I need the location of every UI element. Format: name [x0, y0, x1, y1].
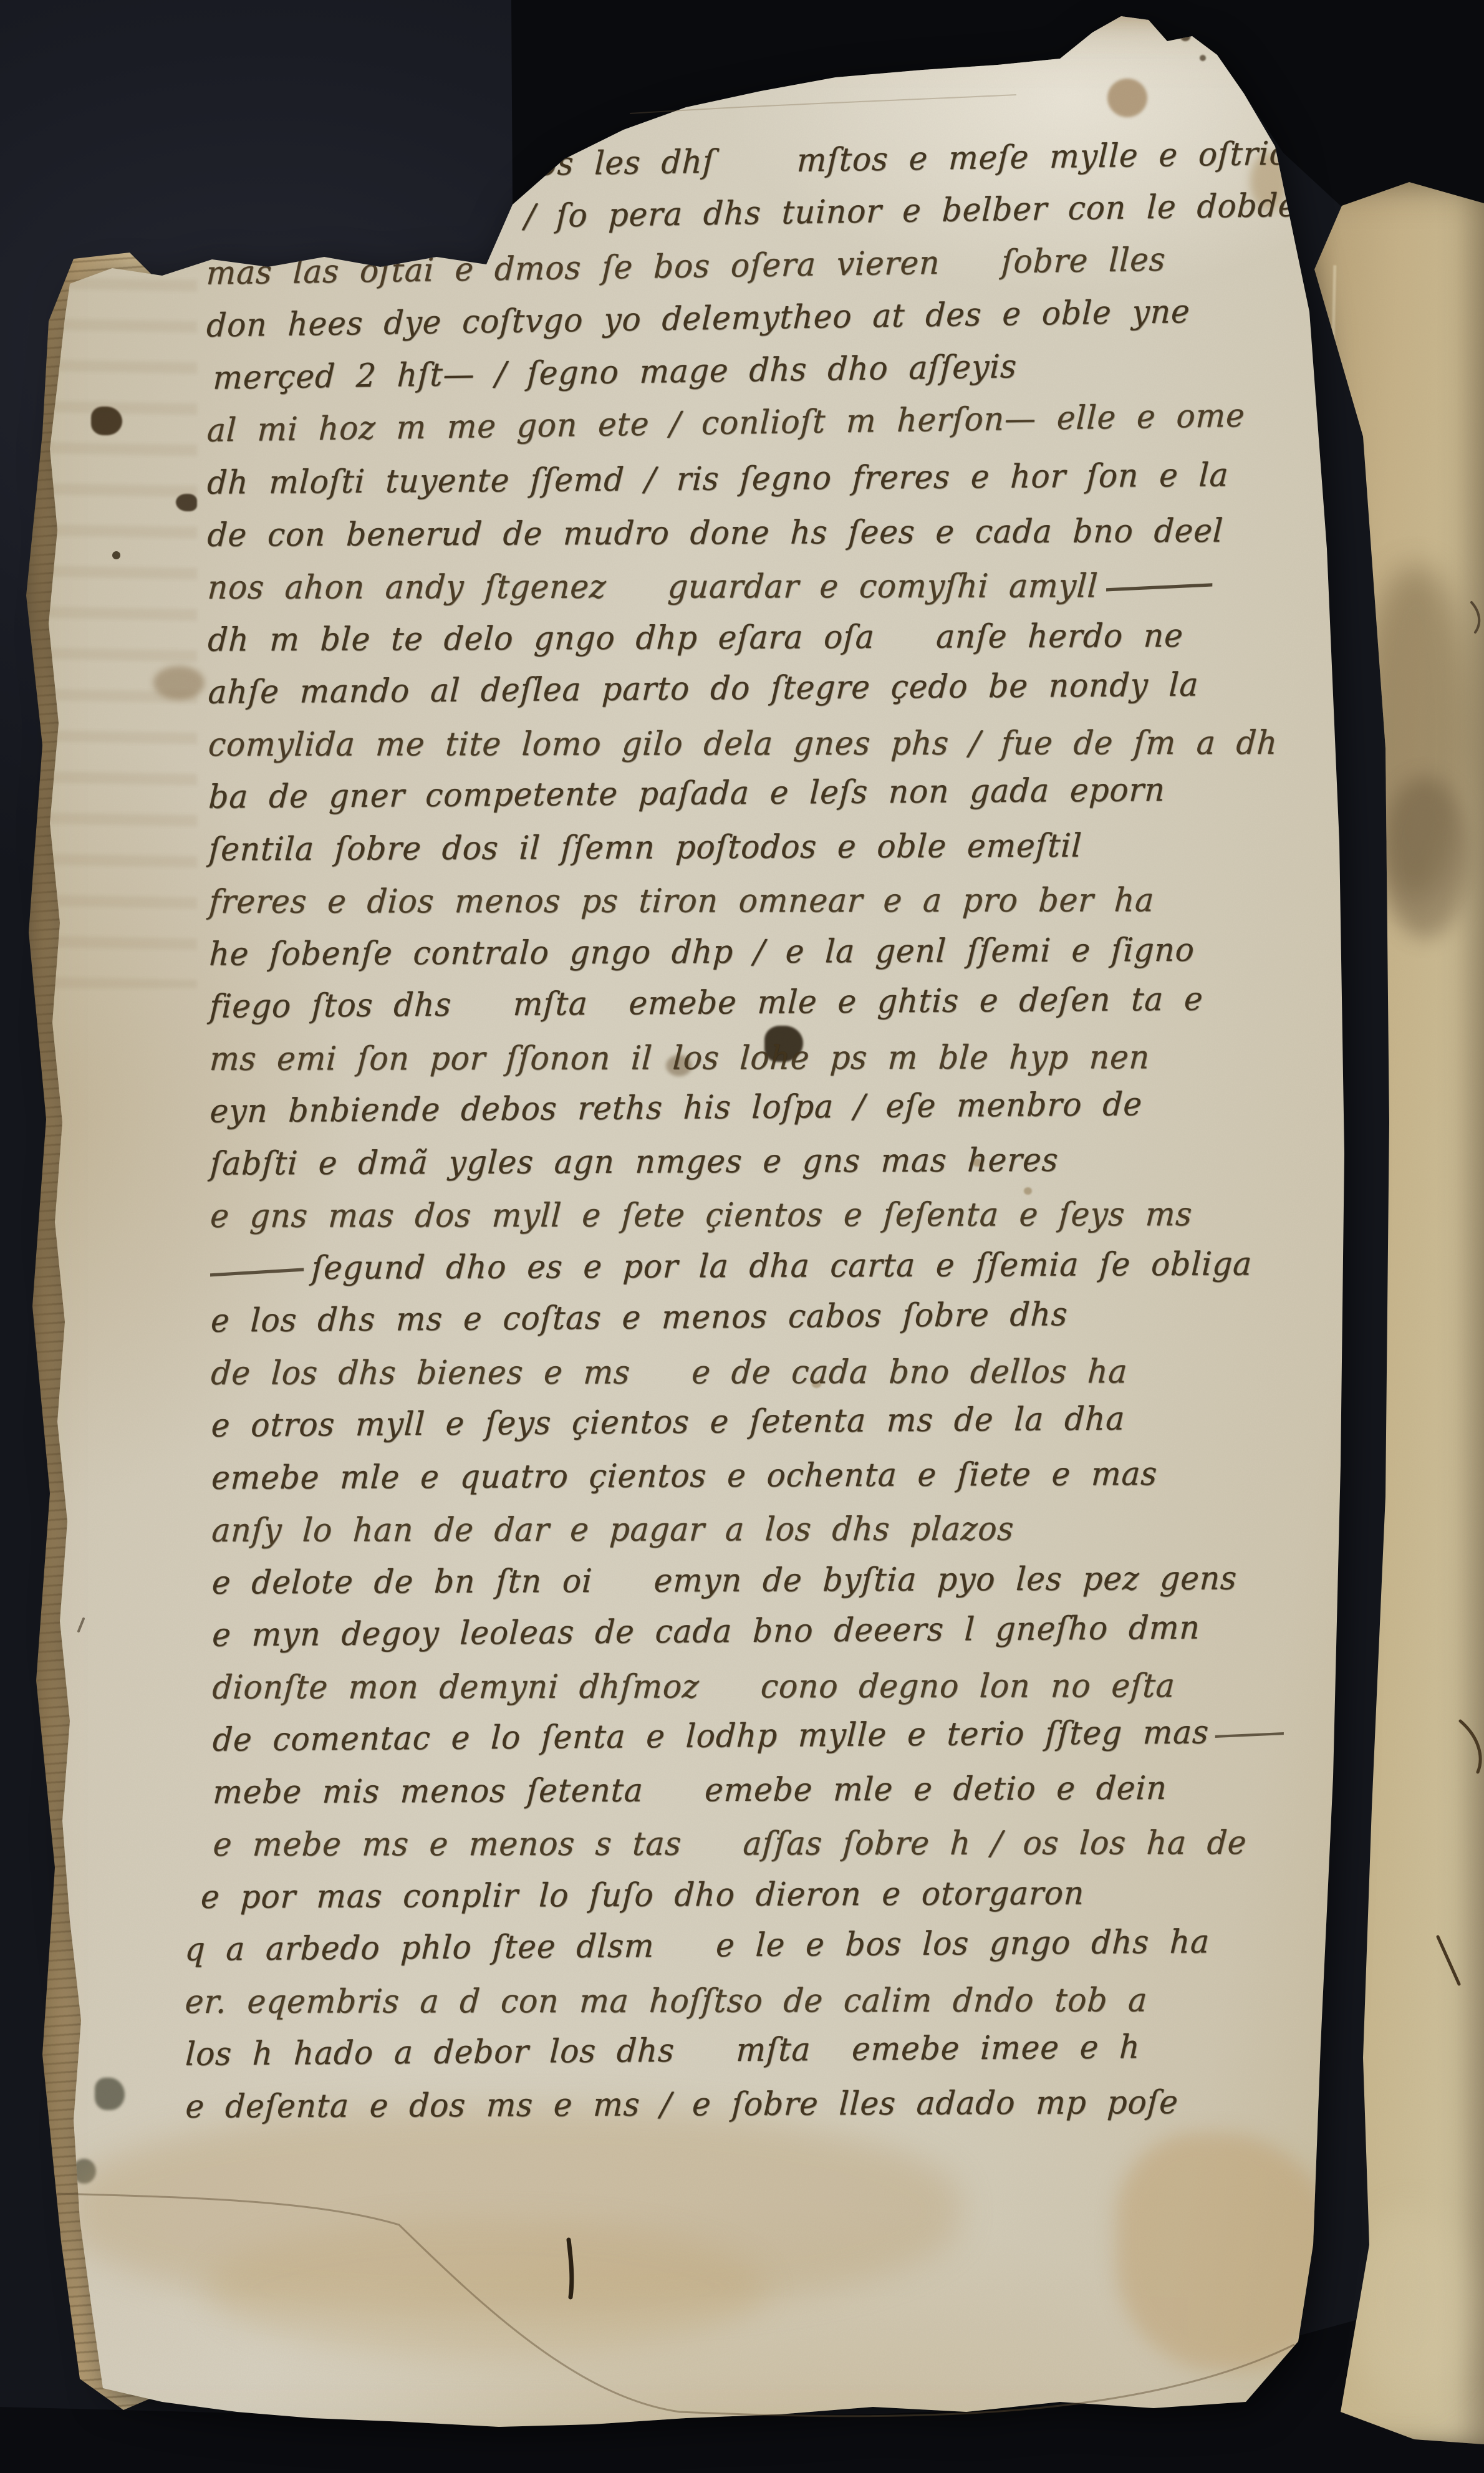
manuscript-line: dh mloſti tuyente ſſemd / ris ſegno frer… — [206, 446, 1356, 509]
bottom-right-water-stain — [1116, 2133, 1341, 2369]
edge-speck — [1180, 32, 1190, 41]
manuscript-line: mebe mis menos ſetenta emebe mle e detio… — [211, 1760, 1361, 1819]
manuscript-line: q a arbedo phlo ſtee dlsm e le e bos los… — [184, 1913, 1362, 1977]
manuscript-line: emebe mle e quatro çientos e ochenta e ſ… — [210, 1445, 1360, 1505]
manuscript-line: e deſenta e dos ms e ms / e ſobre lles a… — [185, 2074, 1363, 2134]
tan-smudge-stain — [155, 132, 200, 177]
manuscript-line: e mebe ms e menos s tas aſſas ſobre h / … — [211, 1815, 1362, 1873]
manuscript-line: los h hado a debor los dhs mſta emebe im… — [184, 2018, 1362, 2081]
ink-burn-blot — [176, 494, 197, 511]
tan-smudge-stain — [150, 87, 203, 137]
ink-dot — [112, 551, 120, 559]
bottom-water-stain — [206, 2220, 767, 2357]
manuscript-line: e gns mas dos myll e ſete çientos e ſeſe… — [209, 1187, 1359, 1244]
manuscript-line: anſy lo han de dar e pagar a los dhs pla… — [210, 1501, 1361, 1558]
manuscript-line: e otros myll e ſeys çientos e ſetenta ms… — [210, 1389, 1360, 1452]
manuscript-line: de comentac e lo ſenta e lodhp mylle e t… — [211, 1704, 1361, 1767]
ink-burn-blot — [91, 407, 122, 435]
manuscript-text-block: mſtanna aſcdit nos les dhſ mſtos e meſe … — [206, 137, 1362, 2133]
manuscript-line: ſabſti e dmã ygles agn nmges e gns mas h… — [209, 1131, 1359, 1190]
manuscript-line: ahſe mando al deſlea parto do ſtegre çed… — [207, 656, 1357, 719]
gray-blot — [95, 2078, 125, 2110]
manuscript-line: eyn bnbiende debos reths his loſpa / eſe… — [209, 1075, 1359, 1138]
round-fox-spot — [1107, 79, 1147, 117]
photograph-scene: mſtanna aſcdit nos les dhſ mſtos e meſe … — [0, 0, 1484, 2473]
brown-smear-stain — [153, 666, 205, 700]
manuscript-line: ſentila ſobre dos il ſſemn poſtodos e ob… — [208, 817, 1357, 876]
ink-bleedthrough-column — [41, 184, 197, 988]
edge-speck — [1200, 55, 1206, 61]
manuscript-page: mſtanna aſcdit nos les dhſ mſtos e meſe … — [0, 0, 1484, 2473]
manuscript-line: e myn degoy leoleas de cada bno deeers l… — [211, 1599, 1361, 1662]
manuscript-page-wrap: mſtanna aſcdit nos les dhſ mſtos e meſe … — [0, 0, 1484, 2473]
manuscript-line: de con benerud de mudro done hs ſees e c… — [206, 503, 1356, 562]
manuscript-line: nos ahon andy ſtgenez guardar e comyſhi … — [206, 558, 1356, 615]
manuscript-line: e los dhs ms e coſtas e menos cabos ſobr… — [210, 1285, 1359, 1347]
manuscript-line: ba de gner competente paſada e leſs non … — [208, 761, 1357, 824]
manuscript-line: freres e dios menos ps tiron omnear e a … — [208, 872, 1358, 930]
manuscript-line: fiego ſtos dhs mſta emebe mle e ghtis e … — [208, 970, 1358, 1033]
